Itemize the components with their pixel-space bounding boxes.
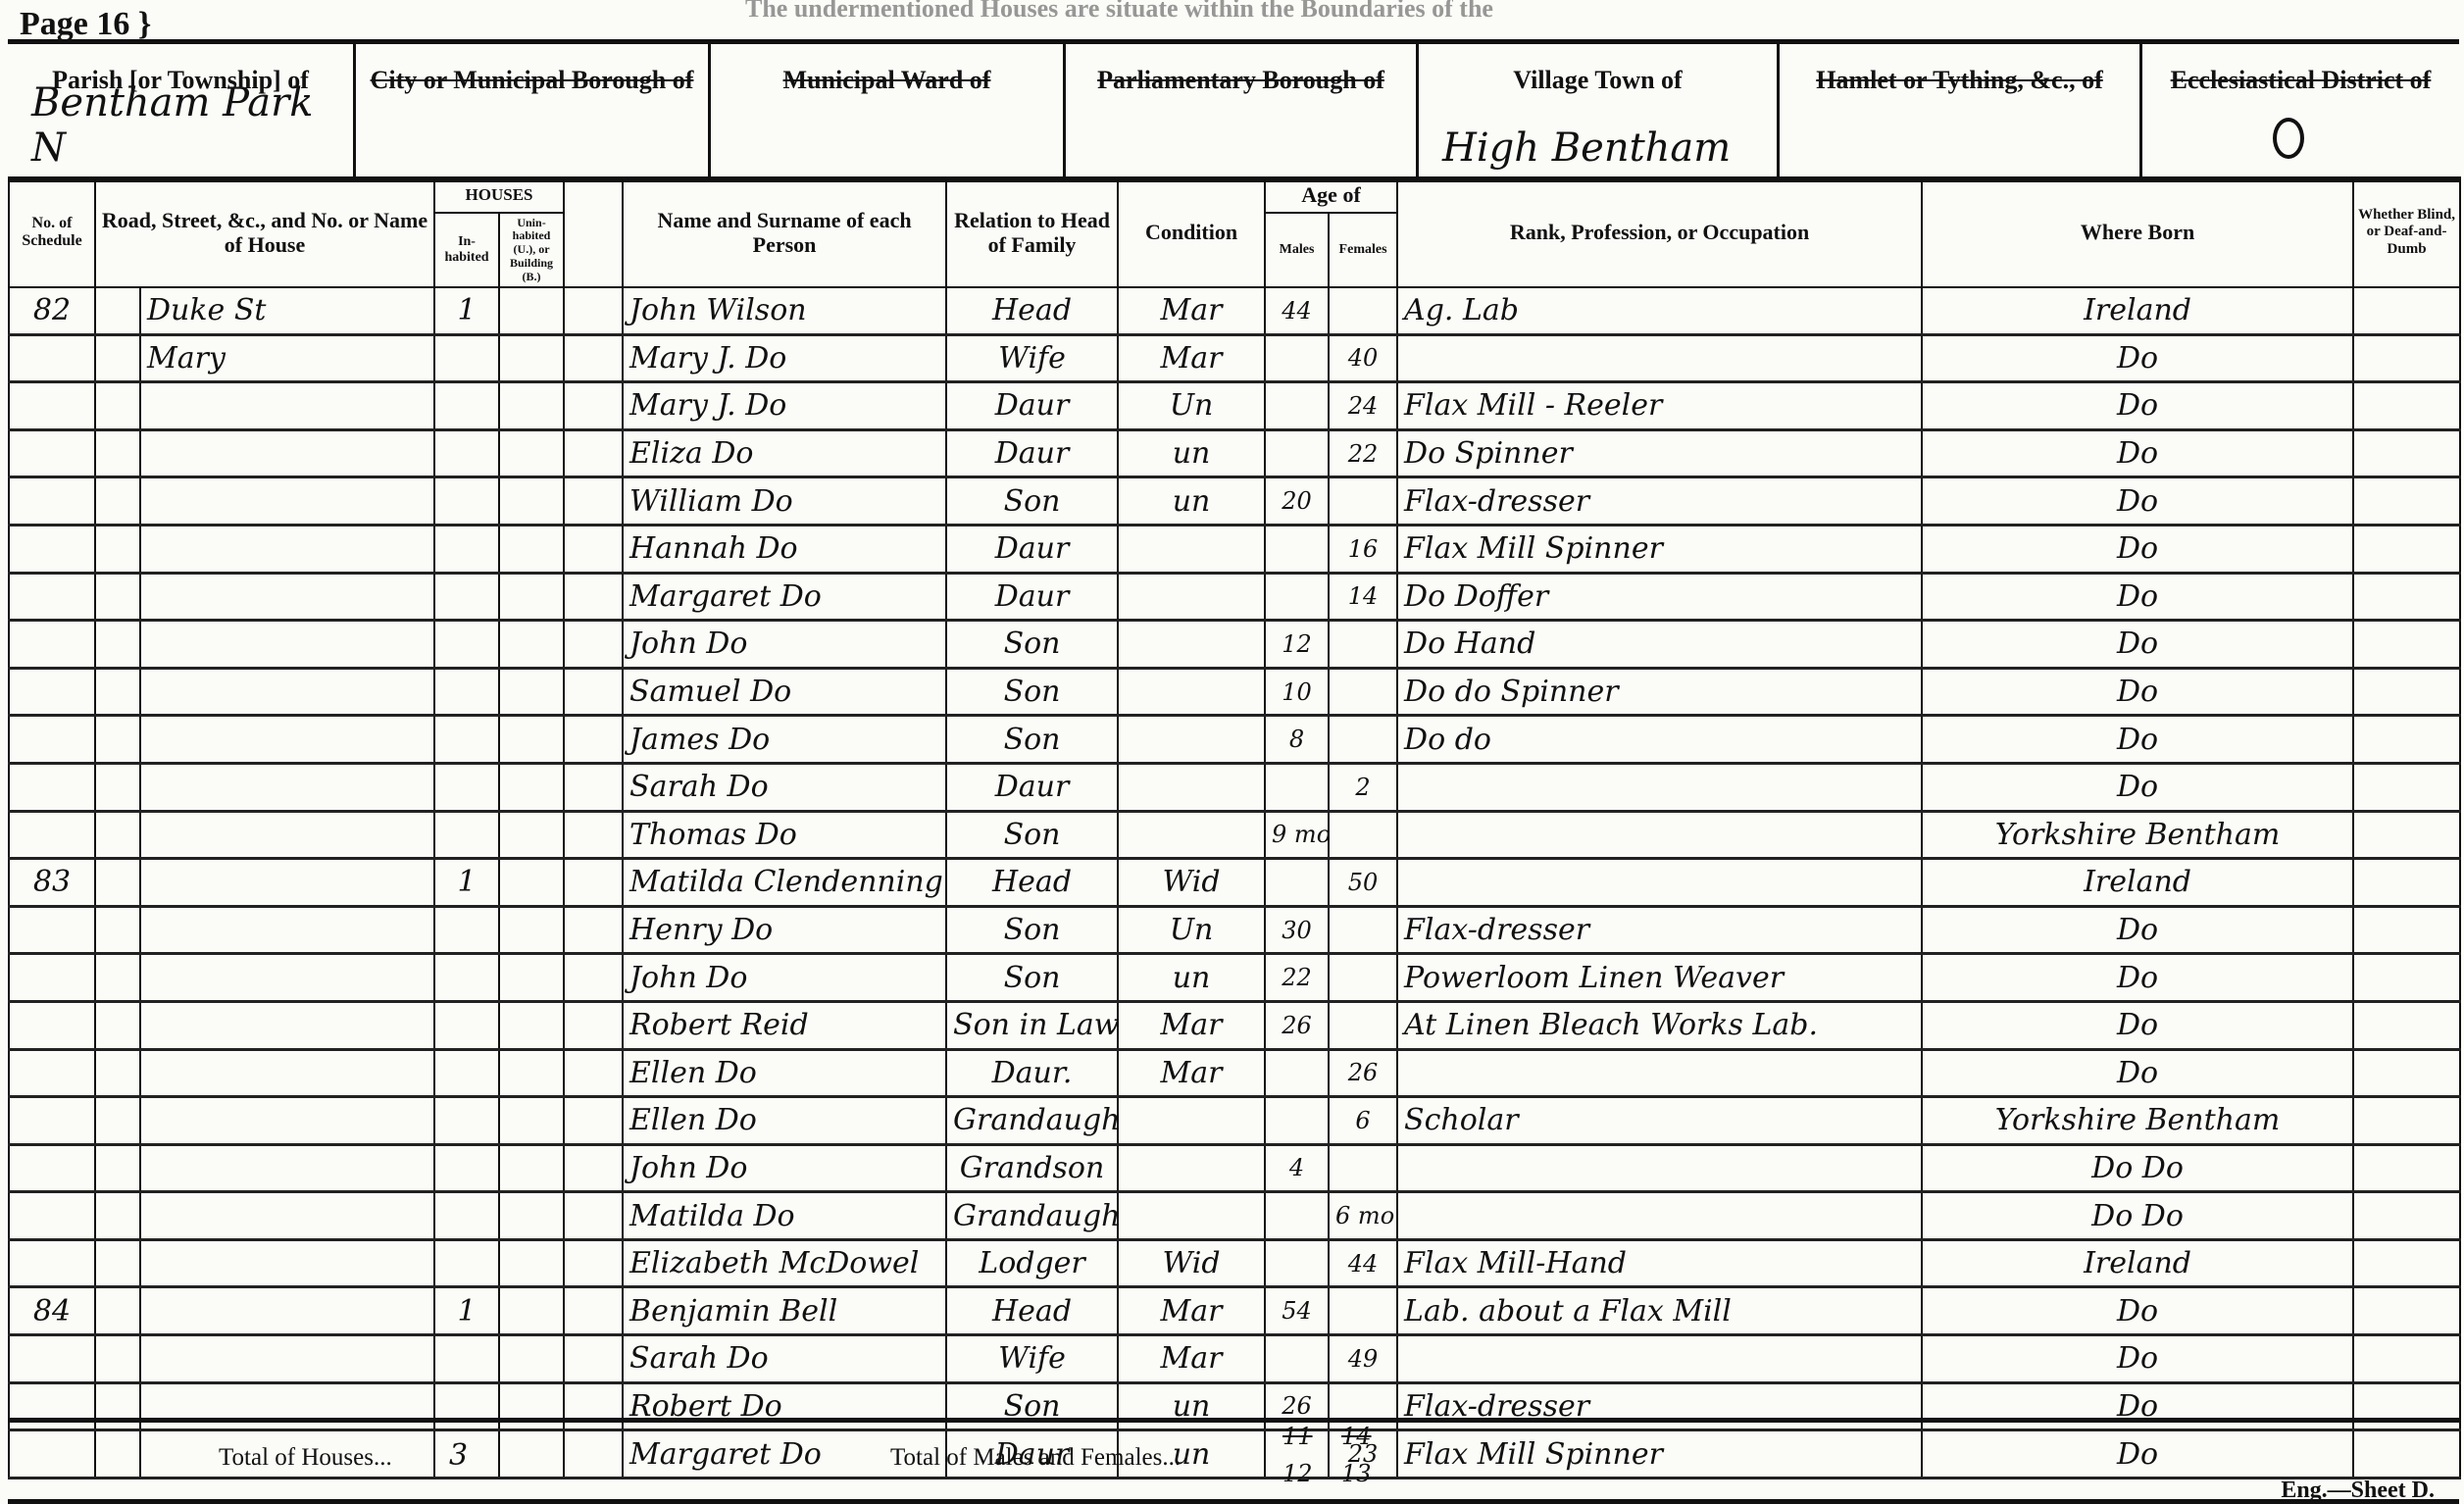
where-born-cell: Do: [1922, 1001, 2353, 1049]
occupation-cell: [1397, 334, 1922, 382]
name-cell: Sarah Do: [623, 1335, 946, 1383]
relation-cell: Daur: [946, 382, 1118, 430]
col-age: Age of: [1265, 177, 1397, 213]
total-females-value: 13: [1341, 1460, 1372, 1487]
relation-cell: Head: [946, 859, 1118, 907]
name-cell: Mary J. Do: [623, 382, 946, 430]
condition-cell: un: [1118, 429, 1265, 477]
female-age-cell: 40: [1329, 334, 1397, 382]
table-row: Sarah DoDaur2Do: [9, 763, 2460, 811]
occupation-cell: Ag. Lab: [1397, 287, 1922, 334]
margin-cell: [95, 906, 140, 954]
spacer-cell: [564, 668, 623, 716]
inhabited-cell: [434, 668, 499, 716]
uninhabited-cell: [499, 668, 564, 716]
margin-cell: [95, 1001, 140, 1049]
margin-cell: [95, 1097, 140, 1145]
condition-cell: Mar: [1118, 1049, 1265, 1097]
blind-deaf-cell: [2353, 668, 2460, 716]
occupation-cell: [1397, 1049, 1922, 1097]
schedule-cell: [9, 716, 95, 764]
male-age-cell: 54: [1265, 1287, 1329, 1335]
condition-cell: [1118, 1192, 1265, 1240]
male-age-cell: [1265, 382, 1329, 430]
where-born-cell: Do: [1922, 763, 2353, 811]
col-uninhabited: Unin-habited (U.), or Building (B.): [499, 213, 564, 287]
condition-cell: [1118, 811, 1265, 859]
spacer-cell: [564, 954, 623, 1002]
col-houses: HOUSES: [434, 177, 564, 213]
schedule-cell: [9, 1144, 95, 1192]
relation-cell: Grandaughter: [946, 1192, 1118, 1240]
relation-cell: Son: [946, 716, 1118, 764]
relation-cell: Head: [946, 287, 1118, 334]
uninhabited-cell: [499, 1144, 564, 1192]
spacer-cell: [564, 477, 623, 526]
name-cell: Sarah Do: [623, 763, 946, 811]
schedule-cell: [9, 429, 95, 477]
table-row: John DoSon12Do HandDo: [9, 621, 2460, 669]
name-cell: Henry Do: [623, 906, 946, 954]
male-age-cell: 10: [1265, 668, 1329, 716]
name-cell: Matilda Clendenning: [623, 859, 946, 907]
inhabited-cell: [434, 1335, 499, 1383]
female-age-cell: [1329, 621, 1397, 669]
road-cell: [140, 621, 434, 669]
ward-label: Municipal Ward of: [711, 66, 1063, 95]
schedule-cell: 82: [9, 287, 95, 334]
where-born-cell: Do: [1922, 668, 2353, 716]
spacer-cell: [564, 1287, 623, 1335]
male-age-cell: 9 mo: [1265, 811, 1329, 859]
ecclesiastical-district-label: Ecclesiastical District of: [2142, 66, 2459, 95]
where-born-cell: Ireland: [1922, 1239, 2353, 1287]
relation-cell: Son: [946, 954, 1118, 1002]
spacer-cell: [564, 716, 623, 764]
schedule-cell: [9, 1097, 95, 1145]
spacer-cell: [564, 1001, 623, 1049]
where-born-cell: Ireland: [1922, 287, 2353, 334]
blind-deaf-cell: [2353, 763, 2460, 811]
blind-deaf-cell: [2353, 334, 2460, 382]
blind-deaf-cell: [2353, 382, 2460, 430]
relation-cell: Son: [946, 477, 1118, 526]
relation-cell: Son: [946, 906, 1118, 954]
margin-cell: [95, 477, 140, 526]
male-age-cell: [1265, 859, 1329, 907]
blind-deaf-cell: [2353, 906, 2460, 954]
male-age-cell: [1265, 573, 1329, 621]
location-header-row: Parish [or Township] of Bentham Park N C…: [8, 39, 2459, 182]
page-number: Page 16 }: [20, 6, 151, 43]
blind-deaf-cell: [2353, 1239, 2460, 1287]
census-table: No. of Schedule Road, Street, &c., and N…: [8, 176, 2459, 1479]
uninhabited-cell: [499, 1097, 564, 1145]
relation-cell: Grandaughter: [946, 1097, 1118, 1145]
condition-cell: Mar: [1118, 1001, 1265, 1049]
relation-cell: Lodger: [946, 1239, 1118, 1287]
name-cell: William Do: [623, 477, 946, 526]
spacer-cell: [564, 1049, 623, 1097]
name-cell: John Do: [623, 954, 946, 1002]
schedule-cell: [9, 1001, 95, 1049]
road-cell: [140, 763, 434, 811]
name-cell: Thomas Do: [623, 811, 946, 859]
uninhabited-cell: [499, 811, 564, 859]
where-born-cell: Do: [1922, 334, 2353, 382]
condition-cell: [1118, 573, 1265, 621]
condition-cell: un: [1118, 477, 1265, 526]
margin-cell: [95, 811, 140, 859]
inhabited-cell: 1: [434, 287, 499, 334]
male-age-cell: 20: [1265, 477, 1329, 526]
occupation-cell: Flax-dresser: [1397, 477, 1922, 526]
road-cell: [140, 954, 434, 1002]
margin-cell: [95, 763, 140, 811]
occupation-cell: Scholar: [1397, 1097, 1922, 1145]
town-label: Village Town of: [1419, 66, 1777, 95]
inhabited-cell: [434, 621, 499, 669]
schedule-cell: [9, 811, 95, 859]
occupation-cell: Do do Spinner: [1397, 668, 1922, 716]
col-schedule: No. of Schedule: [9, 177, 95, 287]
table-row: William DoSonun20Flax-dresserDo: [9, 477, 2460, 526]
table-row: Sarah DoWifeMar49Do: [9, 1335, 2460, 1383]
condition-cell: Mar: [1118, 1335, 1265, 1383]
col-females: Females: [1329, 213, 1397, 287]
male-age-cell: [1265, 1049, 1329, 1097]
male-age-cell: [1265, 1192, 1329, 1240]
ward-cell: Municipal Ward of: [711, 44, 1066, 176]
where-born-cell: Do Do: [1922, 1192, 2353, 1240]
col-name: Name and Surname of each Person: [623, 177, 946, 287]
condition-cell: [1118, 763, 1265, 811]
road-cell: [140, 1239, 434, 1287]
male-age-cell: 22: [1265, 954, 1329, 1002]
uninhabited-cell: [499, 1001, 564, 1049]
spacer-cell: [564, 1192, 623, 1240]
where-born-cell: Ireland: [1922, 859, 2353, 907]
road-cell: [140, 1335, 434, 1383]
inhabited-cell: [434, 334, 499, 382]
inhabited-cell: 1: [434, 1287, 499, 1335]
road-cell: [140, 1192, 434, 1240]
name-cell: Hannah Do: [623, 525, 946, 573]
condition-cell: un: [1118, 954, 1265, 1002]
road-cell: [140, 668, 434, 716]
road-cell: [140, 382, 434, 430]
margin-cell: [95, 1239, 140, 1287]
name-cell: John Do: [623, 1144, 946, 1192]
schedule-cell: 84: [9, 1287, 95, 1335]
female-age-cell: [1329, 716, 1397, 764]
relation-cell: Son in Law: [946, 1001, 1118, 1049]
male-age-cell: [1265, 1335, 1329, 1383]
uninhabited-cell: [499, 716, 564, 764]
table-row: Matilda DoGrandaughter6 moDo Do: [9, 1192, 2460, 1240]
total-persons-label: Total of Males and Females...: [890, 1444, 1181, 1472]
uninhabited-cell: [499, 859, 564, 907]
table-row: 831Matilda ClendenningHeadWid50Ireland: [9, 859, 2460, 907]
table-row: Margaret DoDaur14Do DofferDo: [9, 573, 2460, 621]
table-row: Eliza DoDaurun22Do SpinnerDo: [9, 429, 2460, 477]
uninhabited-cell: [499, 477, 564, 526]
male-age-cell: [1265, 1097, 1329, 1145]
hamlet-cell: Hamlet or Tything, &c., of: [1780, 44, 2142, 176]
margin-cell: [95, 668, 140, 716]
table-row: Samuel DoSon10Do do SpinnerDo: [9, 668, 2460, 716]
col-occupation: Rank, Profession, or Occupation: [1397, 177, 1922, 287]
margin-cell: [95, 573, 140, 621]
occupation-cell: Flax Mill-Hand: [1397, 1239, 1922, 1287]
occupation-cell: Do Doffer: [1397, 573, 1922, 621]
uninhabited-cell: [499, 954, 564, 1002]
spacer-cell: [564, 621, 623, 669]
road-cell: [140, 716, 434, 764]
inhabited-cell: [434, 716, 499, 764]
blind-deaf-cell: [2353, 525, 2460, 573]
total-males-struck: 11: [1282, 1423, 1313, 1450]
name-cell: Mary J. Do: [623, 334, 946, 382]
female-age-cell: 22: [1329, 429, 1397, 477]
where-born-cell: Do: [1922, 573, 2353, 621]
parish-value: Bentham Park N: [31, 80, 353, 171]
female-age-cell: [1329, 811, 1397, 859]
uninhabited-cell: [499, 429, 564, 477]
occupation-cell: [1397, 1192, 1922, 1240]
margin-cell: [95, 954, 140, 1002]
female-age-cell: [1329, 1001, 1397, 1049]
uninhabited-cell: [499, 1239, 564, 1287]
road-cell: [140, 1144, 434, 1192]
table-row: MaryMary J. DoWifeMar40Do: [9, 334, 2460, 382]
where-born-cell: Do: [1922, 525, 2353, 573]
table-row: John DoSonun22Powerloom Linen WeaverDo: [9, 954, 2460, 1002]
table-row: Ellen DoGrandaughter6ScholarYorkshire Be…: [9, 1097, 2460, 1145]
spacer-cell: [564, 859, 623, 907]
relation-cell: Daur: [946, 525, 1118, 573]
female-age-cell: 26: [1329, 1049, 1397, 1097]
col-blind-deaf: Whether Blind, or Deaf-and-Dumb: [2353, 177, 2460, 287]
road-cell: Duke St: [140, 287, 434, 334]
hamlet-label: Hamlet or Tything, &c., of: [1780, 66, 2139, 95]
spacer-cell: [564, 429, 623, 477]
col-road: Road, Street, &c., and No. or Name of Ho…: [95, 177, 434, 287]
blind-deaf-cell: [2353, 621, 2460, 669]
where-born-cell: Do: [1922, 1335, 2353, 1383]
female-age-cell: 6: [1329, 1097, 1397, 1145]
condition-cell: Mar: [1118, 1287, 1265, 1335]
total-females-struck: 14: [1341, 1423, 1372, 1450]
female-age-cell: 16: [1329, 525, 1397, 573]
spacer-cell: [564, 906, 623, 954]
blind-deaf-cell: [2353, 1335, 2460, 1383]
table-row: Thomas DoSon9 moYorkshire Bentham: [9, 811, 2460, 859]
relation-cell: Wife: [946, 1335, 1118, 1383]
table-row: 82Duke St1John WilsonHeadMar44Ag. LabIre…: [9, 287, 2460, 334]
name-cell: Matilda Do: [623, 1192, 946, 1240]
male-age-cell: 12: [1265, 621, 1329, 669]
uninhabited-cell: [499, 334, 564, 382]
occupation-cell: Do Hand: [1397, 621, 1922, 669]
where-born-cell: Do: [1922, 477, 2353, 526]
totals-row: Total of Houses... 3 Total of Males and …: [8, 1418, 2459, 1504]
blind-deaf-cell: [2353, 1144, 2460, 1192]
borough-cell: City or Municipal Borough of: [356, 44, 711, 176]
blind-deaf-cell: [2353, 716, 2460, 764]
margin-cell: [95, 382, 140, 430]
where-born-cell: Yorkshire Bentham: [1922, 811, 2353, 859]
spacer-cell: [564, 334, 623, 382]
female-age-cell: [1329, 906, 1397, 954]
female-age-cell: 50: [1329, 859, 1397, 907]
spacer-cell: [564, 525, 623, 573]
where-born-cell: Do: [1922, 382, 2353, 430]
road-cell: [140, 477, 434, 526]
female-age-cell: 14: [1329, 573, 1397, 621]
parish-cell: Parish [or Township] of Bentham Park N: [8, 44, 356, 176]
name-cell: Margaret Do: [623, 573, 946, 621]
spacer-cell: [564, 1144, 623, 1192]
where-born-cell: Do: [1922, 906, 2353, 954]
schedule-cell: [9, 1049, 95, 1097]
sheet-label: Eng.—Sheet D.: [2281, 1478, 2435, 1504]
total-houses-label: Total of Houses...: [219, 1444, 392, 1472]
col-condition: Condition: [1118, 177, 1265, 287]
spacer-cell: [564, 382, 623, 430]
spacer-cell: [564, 1097, 623, 1145]
road-cell: Mary: [140, 334, 434, 382]
occupation-cell: [1397, 763, 1922, 811]
where-born-cell: Do: [1922, 954, 2353, 1002]
margin-cell: [95, 287, 140, 334]
name-cell: Ellen Do: [623, 1097, 946, 1145]
col-spacer: [564, 177, 623, 287]
inhabited-cell: [434, 1097, 499, 1145]
female-age-cell: [1329, 1287, 1397, 1335]
schedule-cell: [9, 621, 95, 669]
road-cell: [140, 859, 434, 907]
uninhabited-cell: [499, 573, 564, 621]
male-age-cell: [1265, 334, 1329, 382]
occupation-cell: Powerloom Linen Weaver: [1397, 954, 1922, 1002]
male-age-cell: [1265, 1239, 1329, 1287]
table-row: Robert ReidSon in LawMar26At Linen Bleac…: [9, 1001, 2460, 1049]
form-preamble-text: The undermentioned Houses are situate wi…: [745, 0, 1493, 24]
inhabited-cell: [434, 573, 499, 621]
col-where-born: Where Born: [1922, 177, 2353, 287]
total-houses-value: 3: [449, 1438, 468, 1473]
uninhabited-cell: [499, 1192, 564, 1240]
inhabited-cell: [434, 525, 499, 573]
occupation-cell: [1397, 811, 1922, 859]
margin-cell: [95, 859, 140, 907]
female-age-cell: 44: [1329, 1239, 1397, 1287]
male-age-cell: [1265, 763, 1329, 811]
where-born-cell: Do: [1922, 621, 2353, 669]
male-age-cell: 4: [1265, 1144, 1329, 1192]
spacer-cell: [564, 287, 623, 334]
female-age-cell: [1329, 668, 1397, 716]
col-inhabited: In-habited: [434, 213, 499, 287]
female-age-cell: 24: [1329, 382, 1397, 430]
inhabited-cell: [434, 1239, 499, 1287]
where-born-cell: Do: [1922, 1049, 2353, 1097]
spacer-cell: [564, 811, 623, 859]
male-age-cell: 26: [1265, 1001, 1329, 1049]
town-cell: Village Town of High Bentham: [1419, 44, 1780, 176]
inhabited-cell: [434, 477, 499, 526]
blind-deaf-cell: [2353, 1287, 2460, 1335]
schedule-cell: [9, 1192, 95, 1240]
schedule-cell: [9, 954, 95, 1002]
parliamentary-borough-cell: Parliamentary Borough of: [1066, 44, 1419, 176]
schedule-cell: [9, 1335, 95, 1383]
schedule-cell: [9, 668, 95, 716]
table-row: Hannah DoDaur16Flax Mill SpinnerDo: [9, 525, 2460, 573]
inhabited-cell: [434, 954, 499, 1002]
condition-cell: [1118, 1097, 1265, 1145]
where-born-cell: Do: [1922, 1287, 2353, 1335]
margin-cell: [95, 1287, 140, 1335]
total-males-value: 12: [1282, 1460, 1313, 1487]
table-row: Henry DoSonUn30Flax-dresserDo: [9, 906, 2460, 954]
male-age-cell: 8: [1265, 716, 1329, 764]
schedule-cell: [9, 763, 95, 811]
relation-cell: Daur.: [946, 1049, 1118, 1097]
male-age-cell: 44: [1265, 287, 1329, 334]
name-cell: Eliza Do: [623, 429, 946, 477]
schedule-cell: [9, 1239, 95, 1287]
road-cell: [140, 429, 434, 477]
male-age-cell: [1265, 429, 1329, 477]
table-row: Mary J. DoDaurUn24Flax Mill - ReelerDo: [9, 382, 2460, 430]
col-relation: Relation to Head of Family: [946, 177, 1118, 287]
table-row: 841Benjamin BellHeadMar54Lab. about a Fl…: [9, 1287, 2460, 1335]
occupation-cell: Flax Mill Spinner: [1397, 525, 1922, 573]
blind-deaf-cell: [2353, 811, 2460, 859]
margin-cell: [95, 716, 140, 764]
spacer-cell: [564, 573, 623, 621]
inhabited-cell: [434, 763, 499, 811]
relation-cell: Grandson: [946, 1144, 1118, 1192]
road-cell: [140, 525, 434, 573]
uninhabited-cell: [499, 382, 564, 430]
schedule-cell: [9, 525, 95, 573]
borough-label: City or Municipal Borough of: [356, 66, 708, 95]
uninhabited-cell: [499, 1049, 564, 1097]
town-value: High Bentham: [1442, 125, 1731, 171]
spacer-cell: [564, 763, 623, 811]
occupation-cell: Lab. about a Flax Mill: [1397, 1287, 1922, 1335]
road-cell: [140, 1001, 434, 1049]
relation-cell: Daur: [946, 573, 1118, 621]
relation-cell: Son: [946, 621, 1118, 669]
spacer-cell: [564, 1239, 623, 1287]
where-born-cell: Do: [1922, 716, 2353, 764]
occupation-cell: Flax-dresser: [1397, 906, 1922, 954]
margin-cell: [95, 334, 140, 382]
margin-cell: [95, 1049, 140, 1097]
occupation-cell: [1397, 1144, 1922, 1192]
uninhabited-cell: [499, 906, 564, 954]
where-born-cell: Do: [1922, 429, 2353, 477]
female-age-cell: [1329, 477, 1397, 526]
uninhabited-cell: [499, 287, 564, 334]
female-age-cell: [1329, 954, 1397, 1002]
occupation-cell: Do Spinner: [1397, 429, 1922, 477]
name-cell: John Do: [623, 621, 946, 669]
